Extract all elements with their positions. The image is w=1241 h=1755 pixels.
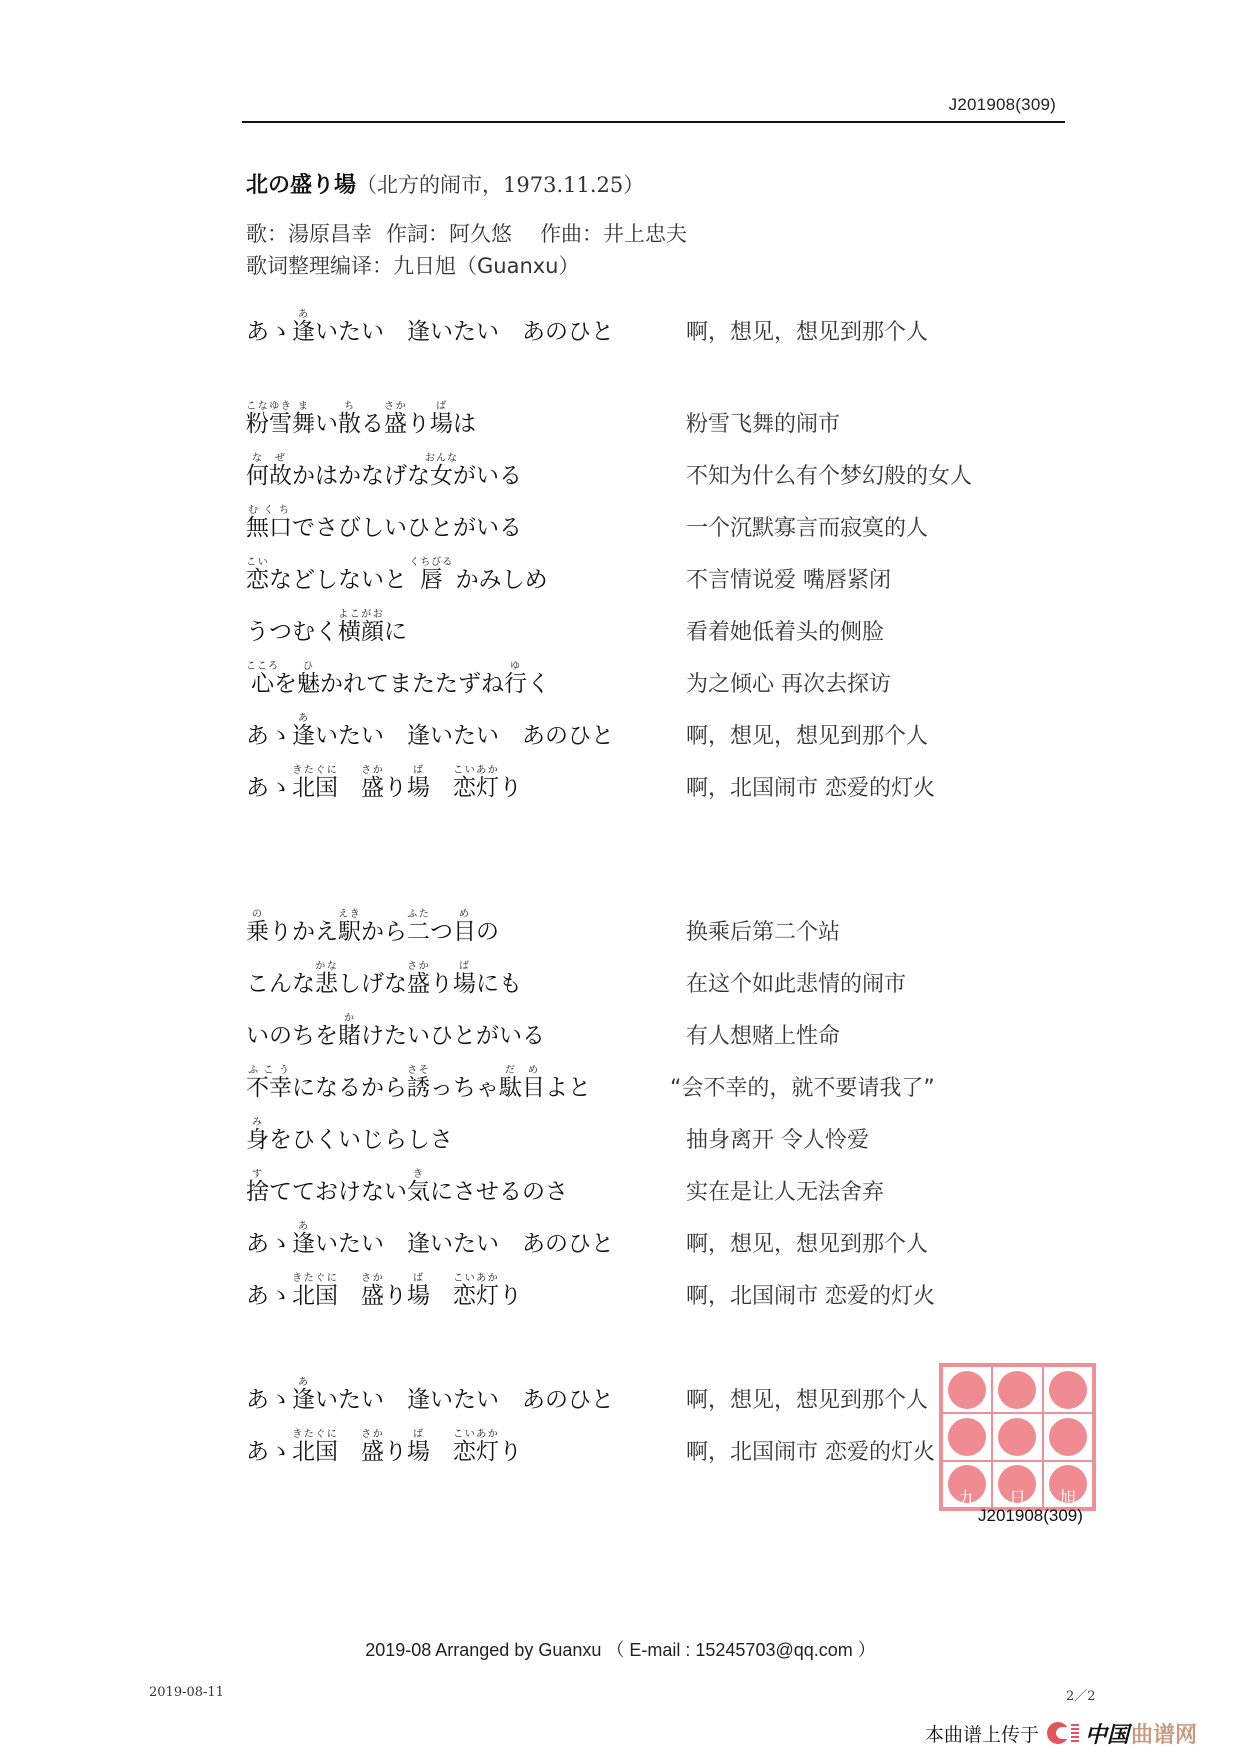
furigana-word: 場ば: [407, 1283, 430, 1309]
japanese-lyric: あゝ北国きたぐに 盛さかり場ば 恋灯こいあかり: [246, 1273, 522, 1308]
furigana-word: 散ち: [338, 411, 361, 437]
furigana-word: 舞ま: [292, 411, 315, 437]
furigana-word: 逢あ: [292, 723, 315, 749]
singer-label: 歌：: [246, 222, 288, 246]
lyric-line-outro: あゝ北国きたぐに 盛さかり場ば 恋灯こいあかり啊，北国闹市 恋爱的灯火: [246, 1430, 1046, 1470]
furigana-word: 盛さか: [361, 775, 384, 801]
song-title-subtitle: （北方的闹市，1973.11.25）: [356, 173, 644, 197]
site-logo-icon: [1047, 1722, 1069, 1744]
japanese-lyric: 心こころを魅ひかれてまたたずね行ゆく: [246, 661, 550, 696]
chinese-translation: 啊，想见，想见到那个人: [686, 322, 928, 344]
chinese-translation: 啊，想见，想见到那个人: [686, 726, 928, 748]
furigana-word: 盛さか: [361, 1439, 384, 1465]
furigana-word: 魅ひ: [297, 671, 320, 697]
seal-cell: [1043, 1413, 1093, 1460]
chinese-translation: 在这个如此悲情的闹市: [686, 974, 906, 996]
artist-seal-stamp: 九 日 旭: [939, 1363, 1096, 1511]
furigana-word: 賭か: [338, 1023, 361, 1049]
song-credits: 歌：湯原昌幸作詞：阿久悠作曲：井上忠夫: [246, 218, 687, 248]
upload-text: 本曲谱上传于: [925, 1720, 1039, 1747]
seal-dot: [998, 1418, 1036, 1456]
japanese-lyric: 捨すてておけない気きにさせるのさ: [246, 1169, 568, 1204]
chinese-translation: 不言情说爱 嘴唇紧闭: [686, 570, 891, 592]
furigana-word: 誘さそ: [407, 1075, 430, 1101]
furigana-word: 横顔よこがお: [338, 619, 384, 645]
print-date: 2019-08-11: [149, 1685, 224, 1700]
japanese-lyric: 恋こいなどしないと 唇くちびる かみしめ: [246, 557, 548, 592]
chinese-translation: 一个沉默寡言而寂寞的人: [686, 518, 928, 540]
lyric-line-verse2: あゝ北国きたぐに 盛さかり場ば 恋灯こいあかり啊，北国闹市 恋爱的灯火: [246, 1274, 1046, 1314]
japanese-lyric: いのちを賭かけたいひとがいる: [246, 1013, 545, 1048]
lyric-line-verse2: 不幸ふこうになるから誘さそっちゃ駄目だめよと“会不幸的，就不要请我了”: [246, 1066, 1046, 1106]
site-logo-lines-icon: [1071, 1724, 1079, 1742]
furigana-word: 恋灯こいあか: [453, 1439, 499, 1465]
seal-cell: 日: [992, 1461, 1042, 1508]
chinese-translation: 粉雪飞舞的闹市: [686, 414, 840, 436]
japanese-lyric: うつむく横顔よこがおに: [246, 609, 407, 644]
japanese-lyric: あゝ逢あいたい 逢いたい あのひと: [246, 713, 614, 748]
composer-name: 井上忠夫: [603, 222, 687, 246]
lyric-line-verse1: 何故なぜかはかなげな女おんながいる不知为什么有个梦幻般的女人: [246, 454, 1046, 494]
upload-site-banner[interactable]: 本曲谱上传于 中国 曲谱网: [925, 1718, 1197, 1748]
furigana-word: 逢あ: [292, 319, 315, 345]
lyric-line-verse1: うつむく横顔よこがおに看着她低着头的侧脸: [246, 610, 1046, 650]
chinese-translation: 有人想赌上性命: [686, 1026, 840, 1048]
furigana-word: 悲かな: [315, 971, 338, 997]
furigana-word: 盛さか: [384, 411, 407, 437]
chinese-translation: 实在是让人无法舍弃: [686, 1182, 884, 1204]
furigana-word: 場ば: [407, 1439, 430, 1465]
page-number: 2／2: [1066, 1685, 1096, 1704]
lyric-line-verse2: あゝ逢あいたい 逢いたい あのひと啊，想见，想见到那个人: [246, 1222, 1046, 1262]
japanese-lyric: あゝ北国きたぐに 盛さかり場ば 恋灯こいあかり: [246, 1429, 522, 1464]
chinese-translation: 为之倾心 再次去探访: [686, 674, 891, 696]
site-logo-text-2: 曲谱网: [1131, 1718, 1197, 1749]
japanese-lyric: 粉雪こなゆき舞まい散ちる盛さかり場ばは: [246, 401, 476, 436]
seal-dot: [948, 1418, 986, 1456]
furigana-word: 恋灯こいあか: [453, 1283, 499, 1309]
furigana-word: 二ふた: [407, 919, 430, 945]
furigana-word: 北国きたぐに: [292, 1439, 338, 1465]
singer-name: 湯原昌幸: [288, 222, 372, 246]
japanese-lyric: あゝ逢あいたい 逢いたい あのひと: [246, 1377, 614, 1412]
furigana-word: 乗の: [246, 919, 269, 945]
japanese-lyric: 不幸ふこうになるから誘さそっちゃ駄目だめよと: [246, 1065, 591, 1100]
furigana-word: 場ば: [430, 411, 453, 437]
furigana-word: 北国きたぐに: [292, 775, 338, 801]
lyric-line-verse1: あゝ逢あいたい 逢いたい あのひと啊，想见，想见到那个人: [246, 714, 1046, 754]
seal-cell: [942, 1366, 992, 1413]
song-title-main: 北の盛り場: [246, 173, 356, 198]
lyric-line-verse2: 捨すてておけない気きにさせるのさ实在是让人无法舍弃: [246, 1170, 1046, 1210]
seal-cell: [942, 1413, 992, 1460]
furigana-word: 駅えき: [338, 919, 361, 945]
japanese-lyric: 何故なぜかはかなげな女おんながいる: [246, 453, 522, 488]
furigana-word: 場ば: [407, 775, 430, 801]
site-logo-text-1: 中国: [1085, 1718, 1129, 1749]
furigana-word: 盛さか: [361, 1283, 384, 1309]
lyricist-label: 作詞：: [386, 222, 449, 246]
seal-dot: [1049, 1418, 1087, 1456]
furigana-word: 粉雪こなゆき: [246, 411, 292, 437]
furigana-word: 恋灯こいあか: [453, 775, 499, 801]
chinese-translation: 啊，北国闹市 恋爱的灯火: [686, 1286, 935, 1308]
furigana-word: 場ば: [453, 971, 476, 997]
seal-dot: [948, 1371, 986, 1409]
header-rule: [242, 121, 1065, 123]
lyric-line-verse1: 恋こいなどしないと 唇くちびる かみしめ不言情说爱 嘴唇紧闭: [246, 558, 1046, 598]
lyric-line-verse2: いのちを賭かけたいひとがいる有人想赌上性命: [246, 1014, 1046, 1054]
japanese-lyric: あゝ北国きたぐに 盛さかり場ば 恋灯こいあかり: [246, 765, 522, 800]
lyric-line-intro: あゝ逢あいたい 逢いたい あのひと啊，想见，想见到那个人: [246, 310, 1046, 350]
furigana-word: 恋こい: [246, 567, 269, 593]
furigana-word: 気き: [407, 1179, 430, 1205]
lyric-line-verse1: 心こころを魅ひかれてまたたずね行ゆく为之倾心 再次去探访: [246, 662, 1046, 702]
japanese-lyric: 乗のりかえ駅えきから二ふたつ目めの: [246, 909, 499, 944]
seal-cell: 旭: [1043, 1461, 1093, 1508]
chinese-translation: 不知为什么有个梦幻般的女人: [686, 466, 972, 488]
furigana-word: 捨す: [246, 1179, 269, 1205]
chinese-translation: 啊，北国闹市 恋爱的灯火: [686, 778, 935, 800]
furigana-word: 心こころ: [246, 671, 274, 697]
seal-cell: [992, 1413, 1042, 1460]
arranger-credit: 2019-08 Arranged by Guanxu （ E-mail : 15…: [0, 1636, 1241, 1662]
composer-label: 作曲：: [540, 222, 603, 246]
furigana-word: 逢あ: [292, 1231, 315, 1257]
furigana-word: 不幸ふこう: [246, 1075, 292, 1101]
chinese-translation: “会不幸的，就不要请我了”: [670, 1078, 935, 1100]
furigana-word: 何故なぜ: [246, 463, 292, 489]
japanese-lyric: 身みをひくいじらしさ: [246, 1117, 453, 1152]
seal-dot: [1049, 1371, 1087, 1409]
furigana-word: 盛さか: [407, 971, 430, 997]
lyric-line-verse1: 無口むくちでさびしいひとがいる一个沉默寡言而寂寞的人: [246, 506, 1046, 546]
lyric-line-verse1: あゝ北国きたぐに 盛さかり場ば 恋灯こいあかり啊，北国闹市 恋爱的灯火: [246, 766, 1046, 806]
lyric-line-verse2: 身みをひくいじらしさ抽身离开 令人怜爱: [246, 1118, 1046, 1158]
seal-cell: [1043, 1366, 1093, 1413]
chinese-translation: 抽身离开 令人怜爱: [686, 1130, 869, 1152]
seal-cell: [992, 1366, 1042, 1413]
seal-cell: 九: [942, 1461, 992, 1508]
lyricist-name: 阿久悠: [449, 222, 512, 246]
japanese-lyric: あゝ逢あいたい 逢いたい あのひと: [246, 1221, 614, 1256]
lyric-line-verse2: 乗のりかえ駅えきから二ふたつ目めの换乘后第二个站: [246, 910, 1046, 950]
japanese-lyric: 無口むくちでさびしいひとがいる: [246, 505, 522, 540]
lyric-line-verse1: 粉雪こなゆき舞まい散ちる盛さかり場ばは粉雪飞舞的闹市: [246, 402, 1046, 442]
chinese-translation: 啊，北国闹市 恋爱的灯火: [686, 1442, 935, 1464]
furigana-word: 目め: [453, 919, 476, 945]
lyric-line-outro: あゝ逢あいたい 逢いたい あのひと啊，想见，想见到那个人: [246, 1378, 1046, 1418]
document-code: J201908(309): [949, 95, 1056, 115]
chinese-translation: 啊，想见，想见到那个人: [686, 1234, 928, 1256]
lyric-line-verse2: こんな悲かなしげな盛さかり場ばにも在这个如此悲情的闹市: [246, 962, 1046, 1002]
song-title: 北の盛り場（北方的闹市，1973.11.25）: [246, 168, 644, 199]
furigana-word: 北国きたぐに: [292, 1283, 338, 1309]
furigana-word: 唇くちびる: [414, 567, 448, 593]
furigana-word: 身み: [246, 1127, 269, 1153]
seal-dot: [998, 1371, 1036, 1409]
furigana-word: 行ゆ: [504, 671, 527, 697]
chinese-translation: 换乘后第二个站: [686, 922, 840, 944]
furigana-word: 逢あ: [292, 1387, 315, 1413]
translator-credit: 歌词整理编译：九日旭（Guanxu）: [246, 250, 580, 280]
japanese-lyric: こんな悲かなしげな盛さかり場ばにも: [246, 961, 522, 996]
chinese-translation: 啊，想见，想见到那个人: [686, 1390, 928, 1412]
seal-code: J201908(309): [978, 1506, 1083, 1526]
furigana-word: 女おんな: [430, 463, 453, 489]
chinese-translation: 看着她低着头的侧脸: [686, 622, 884, 644]
japanese-lyric: あゝ逢あいたい 逢いたい あのひと: [246, 309, 614, 344]
furigana-word: 駄目だめ: [499, 1075, 545, 1101]
furigana-word: 無口むくち: [246, 515, 292, 541]
